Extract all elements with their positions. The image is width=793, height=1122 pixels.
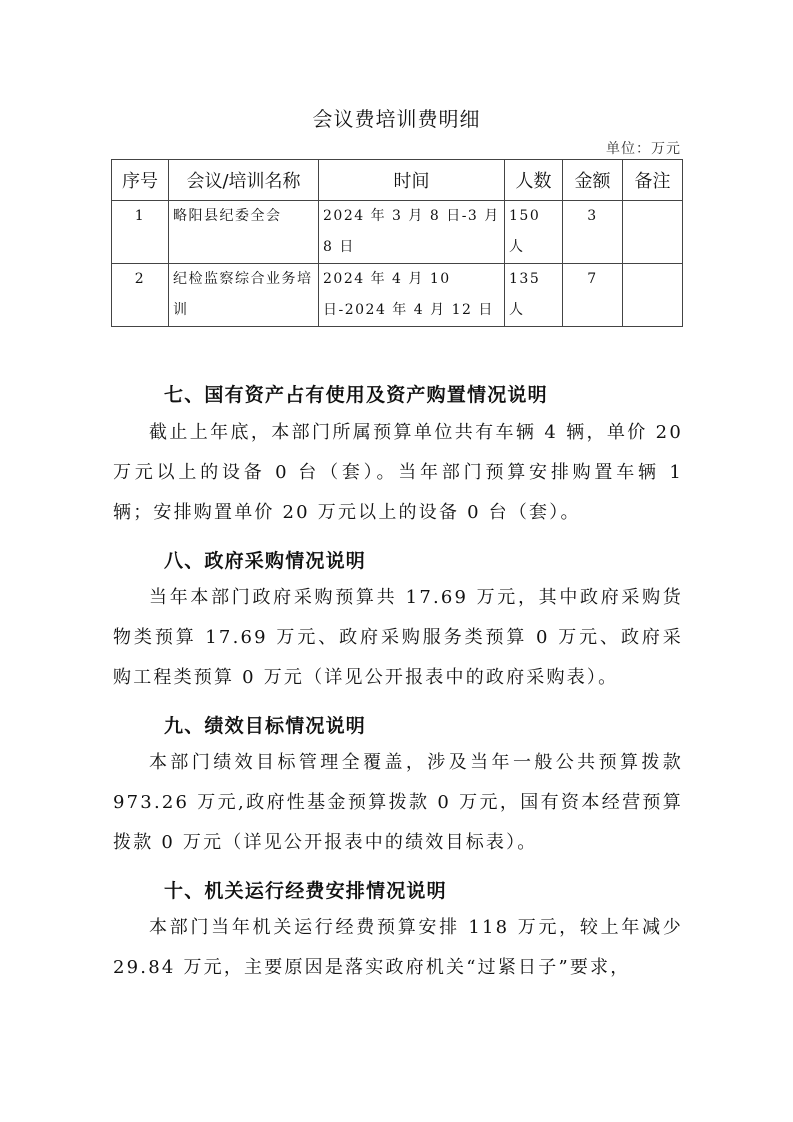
header-people: 人数 [505, 160, 563, 201]
header-name: 会议/培训名称 [169, 160, 319, 201]
table-row: 2 纪检监察综合业务培训 2024 年 4 月 10 日-2024 年 4 月 … [112, 264, 683, 327]
cell-time: 2024 年 4 月 10 日-2024 年 4 月 12 日 [319, 264, 505, 327]
cell-amount: 3 [563, 201, 623, 264]
cell-name: 纪检监察综合业务培训 [169, 264, 319, 327]
section-body-performance: 本部门绩效目标管理全覆盖，涉及当年一般公共预算拨款 973.26 万元,政府性基… [113, 743, 683, 863]
section-body-operating-funds: 本部门当年机关运行经费预算安排 118 万元，较上年减少 29.84 万元，主要… [113, 908, 683, 988]
header-amount: 金额 [563, 160, 623, 201]
header-time: 时间 [319, 160, 505, 201]
header-remark: 备注 [623, 160, 683, 201]
cell-name: 略阳县纪委全会 [169, 201, 319, 264]
section-heading-assets: 七、国有资产占有使用及资产购置情况说明 [164, 380, 548, 407]
cell-no: 2 [112, 264, 169, 327]
cell-no: 1 [112, 201, 169, 264]
meeting-training-fee-table: 序号 会议/培训名称 时间 人数 金额 备注 1 略阳县纪委全会 2024 年 … [111, 159, 683, 327]
section-body-assets: 截止上年底，本部门所属预算单位共有车辆 4 辆，单价 20 万元以上的设备 0 … [113, 413, 683, 533]
section-heading-procurement: 八、政府采购情况说明 [164, 546, 366, 573]
section-body-procurement: 当年本部门政府采购预算共 17.69 万元，其中政府采购货物类预算 17.69 … [113, 578, 683, 698]
section-heading-operating-funds: 十、机关运行经费安排情况说明 [164, 876, 447, 903]
header-no: 序号 [112, 160, 169, 201]
unit-label: 单位：万元 [606, 138, 681, 158]
section-heading-performance: 九、绩效目标情况说明 [164, 711, 366, 738]
cell-remark [623, 264, 683, 327]
table-title: 会议费培训费明细 [0, 103, 793, 132]
cell-remark [623, 201, 683, 264]
cell-amount: 7 [563, 264, 623, 327]
cell-time: 2024 年 3 月 8 日-3 月 8 日 [319, 201, 505, 264]
cell-people: 150 人 [505, 201, 563, 264]
table-row: 1 略阳县纪委全会 2024 年 3 月 8 日-3 月 8 日 150 人 3 [112, 201, 683, 264]
table-header-row: 序号 会议/培训名称 时间 人数 金额 备注 [112, 160, 683, 201]
cell-people: 135 人 [505, 264, 563, 327]
